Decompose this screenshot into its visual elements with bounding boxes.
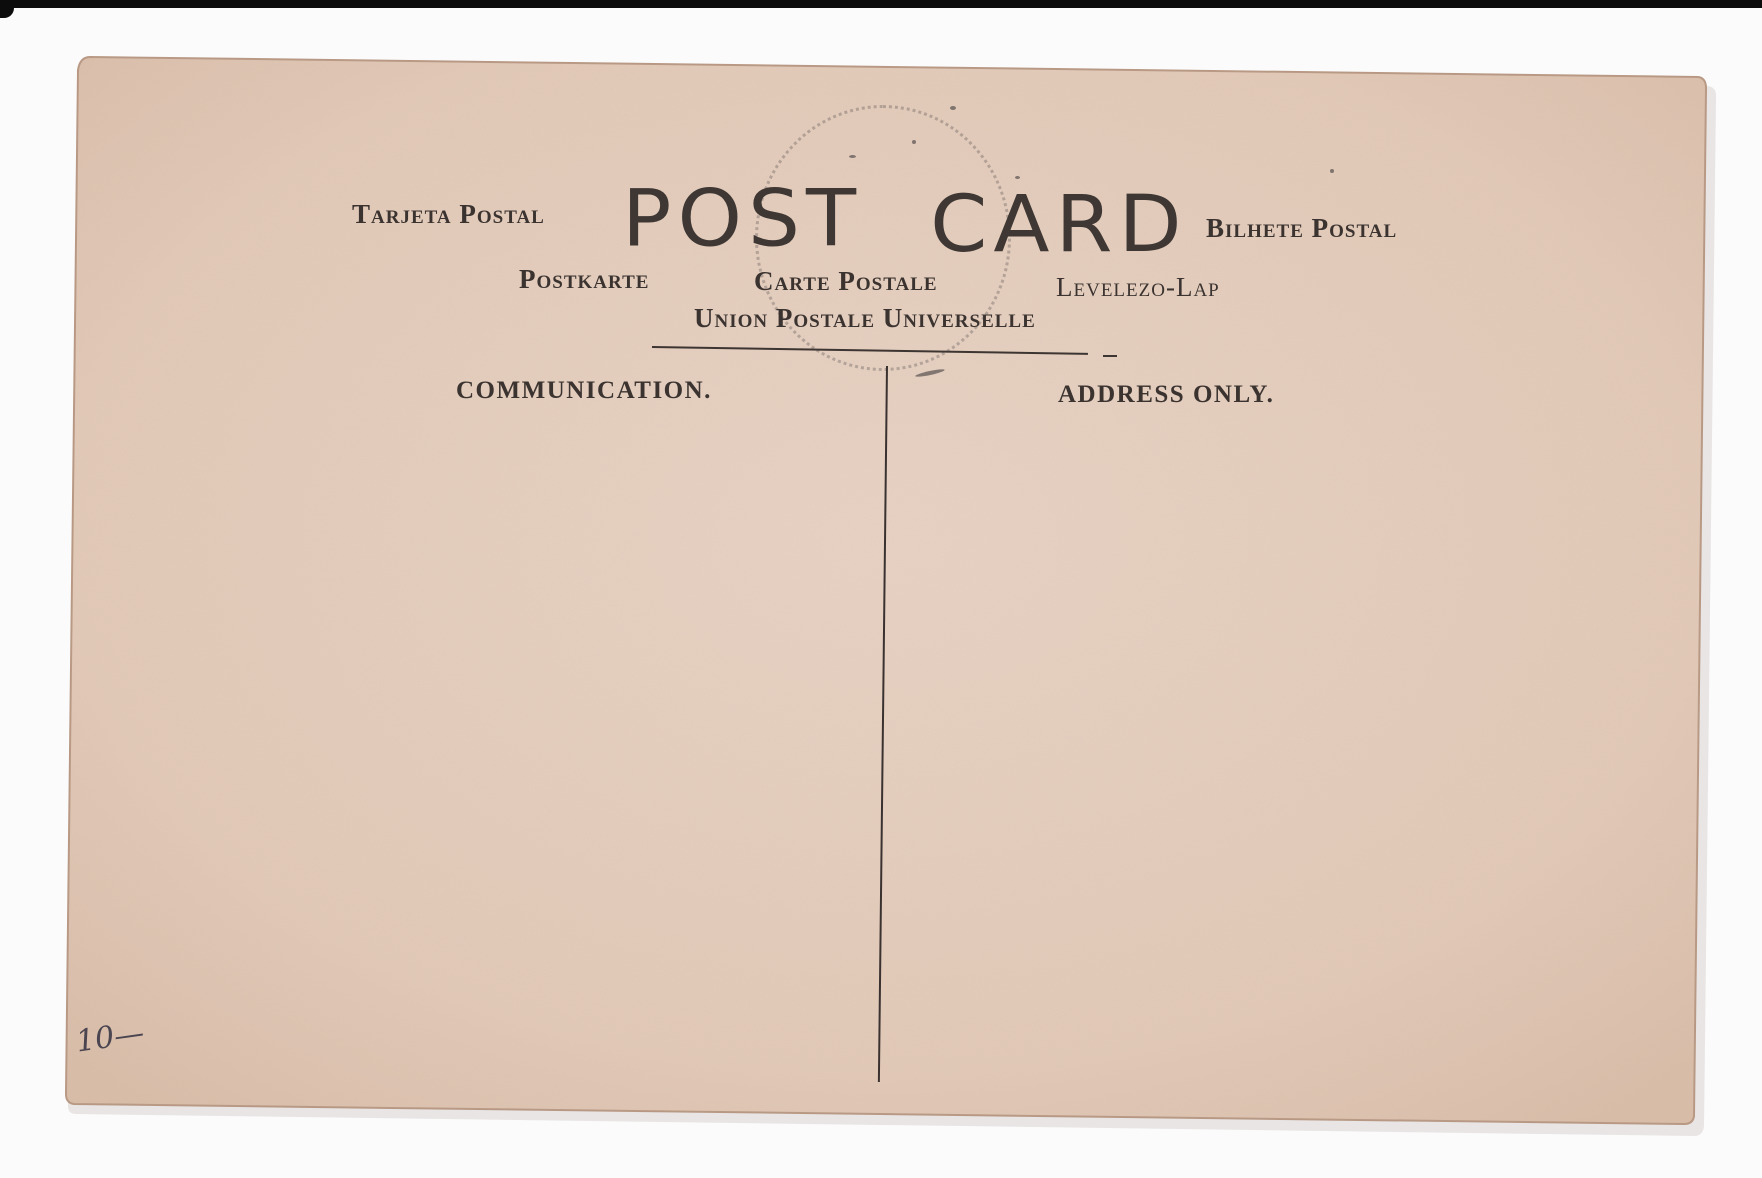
address-only-label: ADDRESS ONLY. bbox=[1058, 382, 1274, 407]
ink-speck bbox=[912, 140, 916, 144]
ink-speck bbox=[1330, 169, 1334, 173]
label-tarjeta-postal: Tarjeta Postal bbox=[352, 201, 545, 228]
label-levelezo-lap: Levelezo-Lap bbox=[1056, 274, 1220, 301]
label-postkarte: Postkarte bbox=[519, 266, 649, 293]
headline-post-card: POSTCARD bbox=[622, 180, 1188, 259]
communication-label: COMMUNICATION. bbox=[456, 378, 712, 403]
headline-card: CARD bbox=[930, 186, 1187, 265]
ink-speck bbox=[849, 155, 856, 158]
label-carte-postale: Carte Postale bbox=[754, 268, 938, 295]
label-union-postale-universelle: Union Postale Universelle bbox=[694, 305, 1036, 332]
header-rule-dash bbox=[1103, 355, 1117, 357]
label-bilhete-postal: Bilhete Postal bbox=[1206, 215, 1397, 242]
postcard-back: Tarjeta Postal POSTCARD Bilhete Postal P… bbox=[0, 0, 1762, 1178]
ink-speck bbox=[950, 106, 956, 110]
headline-post: POST bbox=[622, 180, 862, 259]
